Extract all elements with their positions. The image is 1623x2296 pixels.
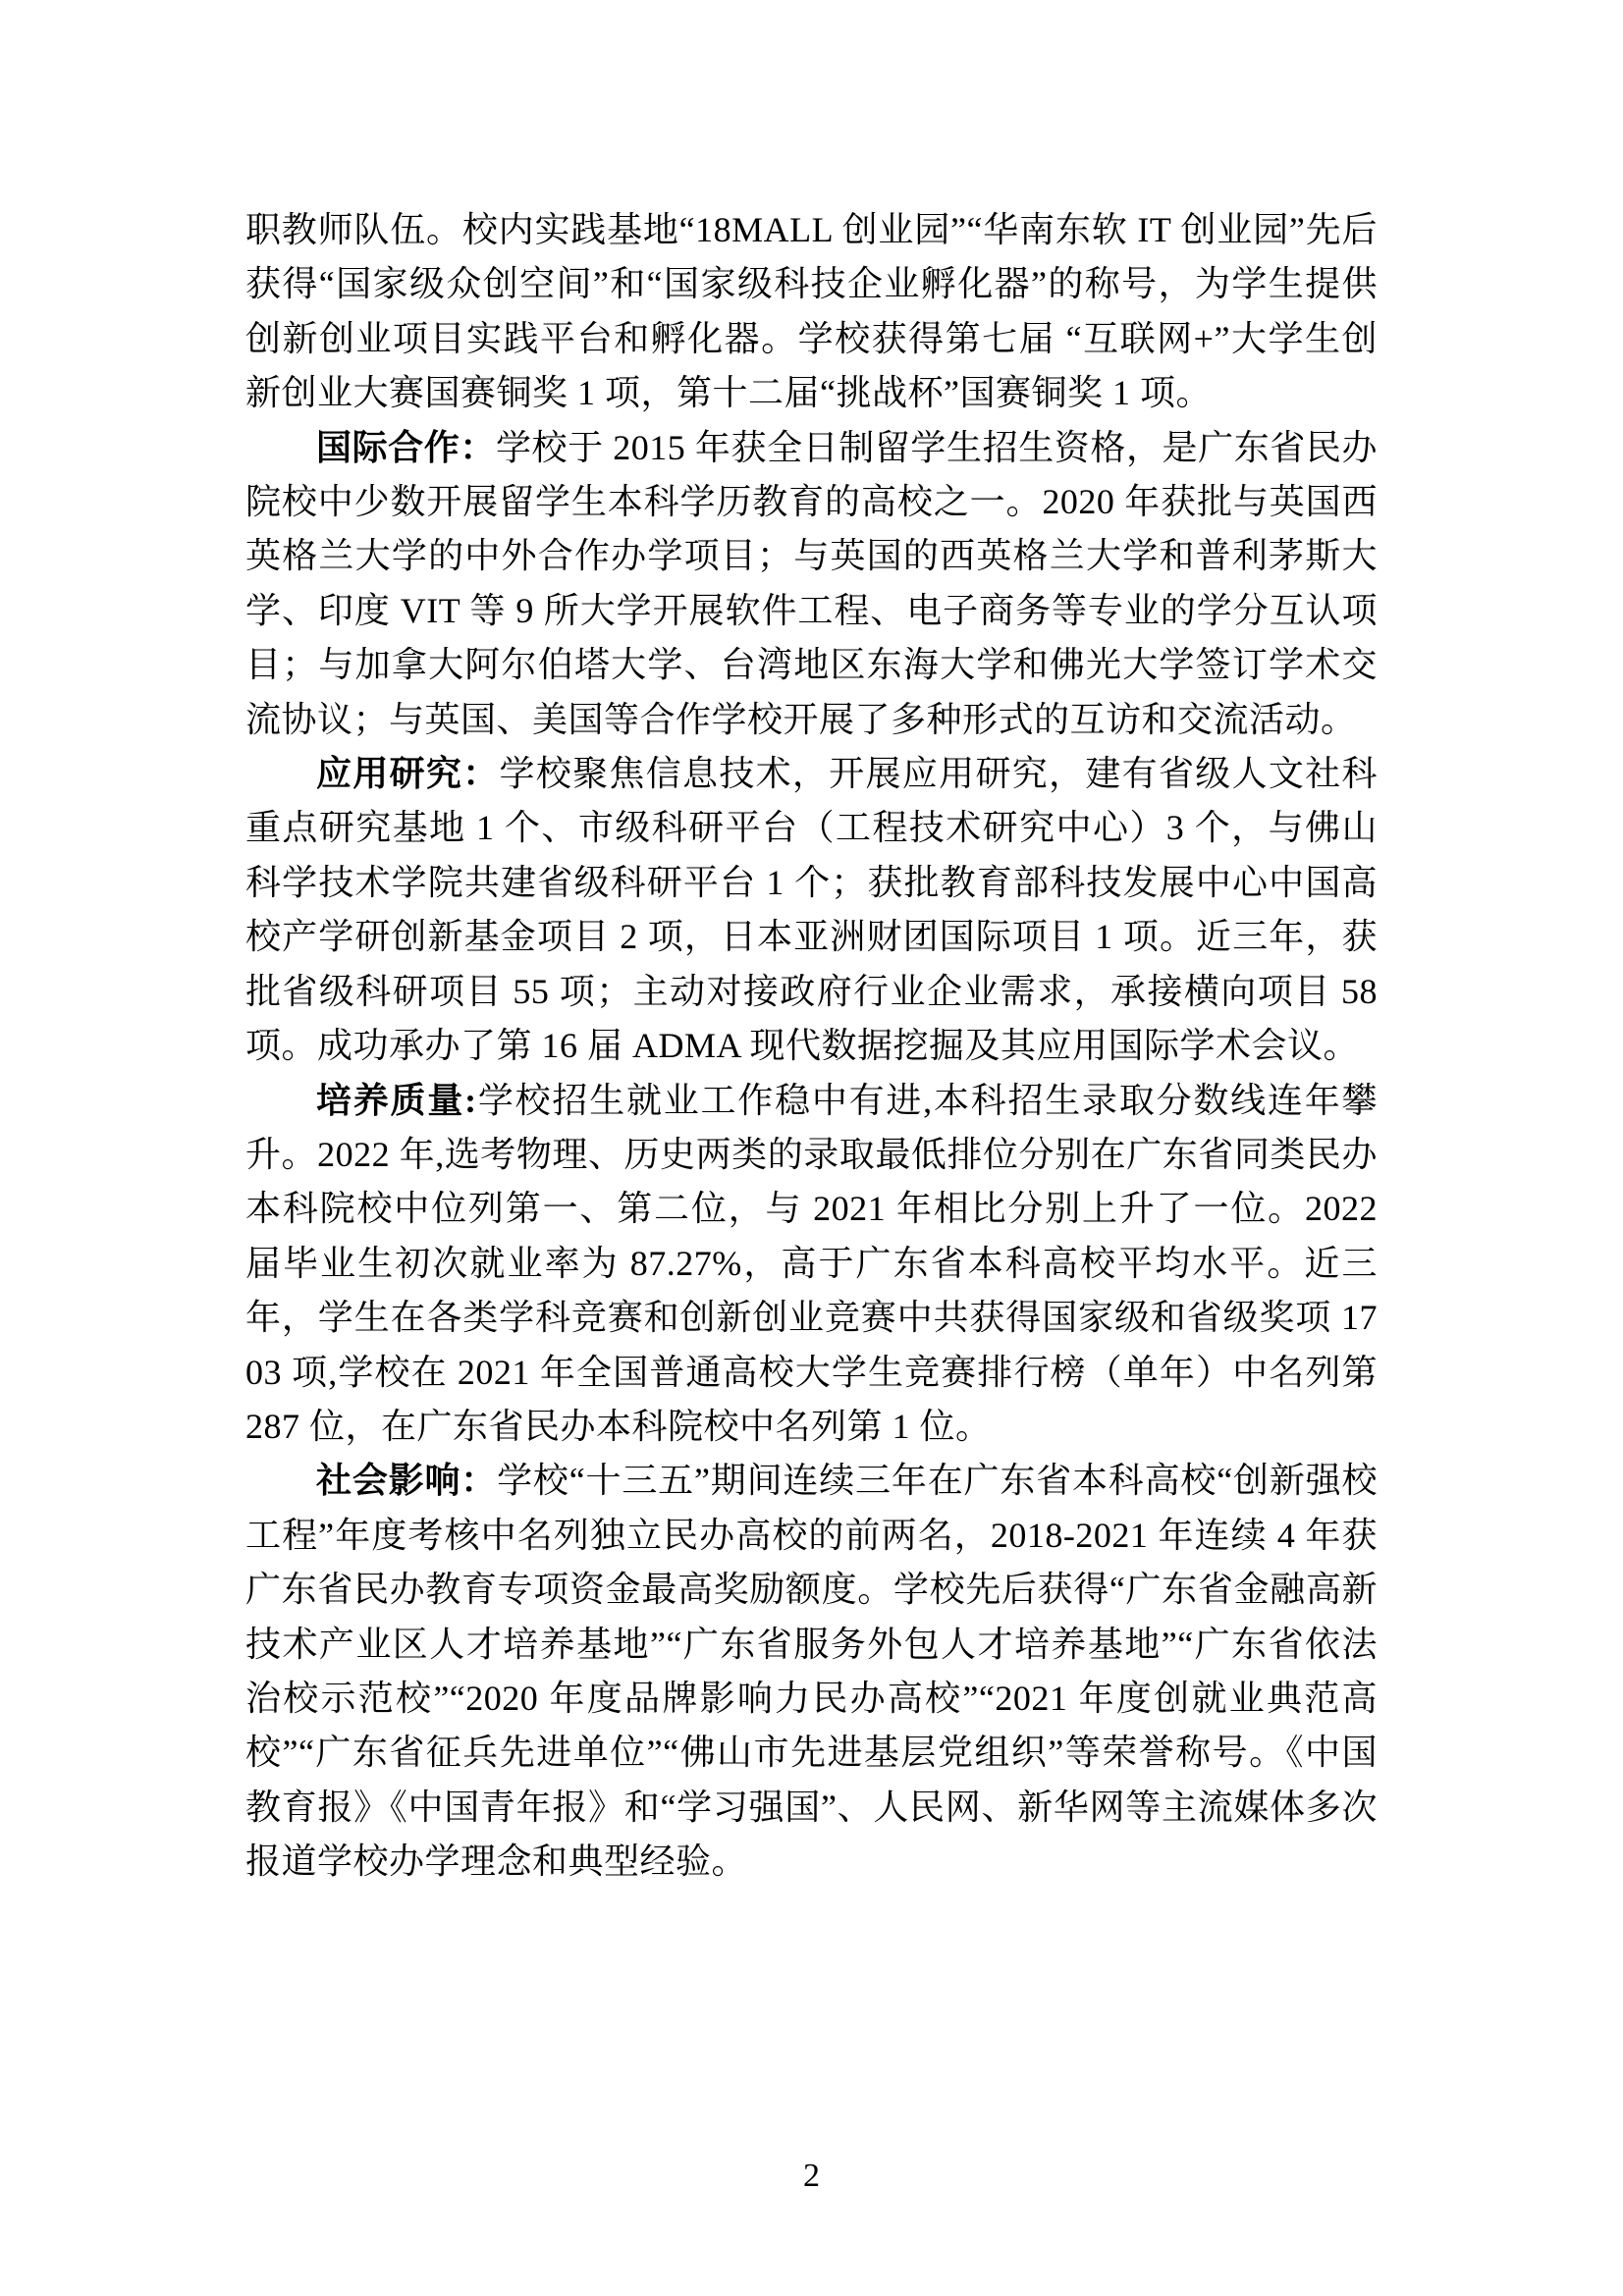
paragraph-applied-research: 应用研究：学校聚焦信息技术，开展应用研究，建有省级人文社科重点研究基地 1 个、… <box>245 747 1378 1073</box>
paragraph-head: 应用研究： <box>316 754 500 793</box>
document-text: 职教师队伍。校内实践基地“18MALL 创业园”“华南东软 IT 创业园”先后获… <box>245 203 1378 1890</box>
paragraph-continuation: 职教师队伍。校内实践基地“18MALL 创业园”“华南东软 IT 创业园”先后获… <box>245 203 1378 421</box>
paragraph-head: 培养质量: <box>316 1081 477 1120</box>
paragraph-body: 学校于 2015 年获全日制留学生招生资格，是广东省民办院校中少数开展留学生本科… <box>245 428 1378 739</box>
paragraph-head: 社会影响： <box>316 1461 497 1500</box>
paragraph-training-quality: 培养质量:学校招生就业工作稳中有进,本科招生录取分数线连年攀升。2022 年,选… <box>245 1074 1378 1455</box>
page-number: 2 <box>803 2158 820 2194</box>
paragraph-head: 国际合作： <box>316 428 496 467</box>
document-page: 职教师队伍。校内实践基地“18MALL 创业园”“华南东软 IT 创业园”先后获… <box>0 0 1623 2296</box>
paragraph-body: 学校聚焦信息技术，开展应用研究，建有省级人文社科重点研究基地 1 个、市级科研平… <box>245 754 1378 1065</box>
paragraph-body: 学校“十三五”期间连续三年在广东省本科高校“创新强校工程”年度考核中名列独立民办… <box>245 1461 1378 1881</box>
paragraph-body: 学校招生就业工作稳中有进,本科招生录取分数线连年攀升。2022 年,选考物理、历… <box>245 1081 1378 1446</box>
page-footer: 2 <box>0 2157 1623 2196</box>
paragraph-international-cooperation: 国际合作：学校于 2015 年获全日制留学生招生资格，是广东省民办院校中少数开展… <box>245 421 1378 747</box>
paragraph-body: 职教师队伍。校内实践基地“18MALL 创业园”“华南东软 IT 创业园”先后获… <box>245 210 1378 412</box>
paragraph-social-impact: 社会影响：学校“十三五”期间连续三年在广东省本科高校“创新强校工程”年度考核中名… <box>245 1454 1378 1889</box>
